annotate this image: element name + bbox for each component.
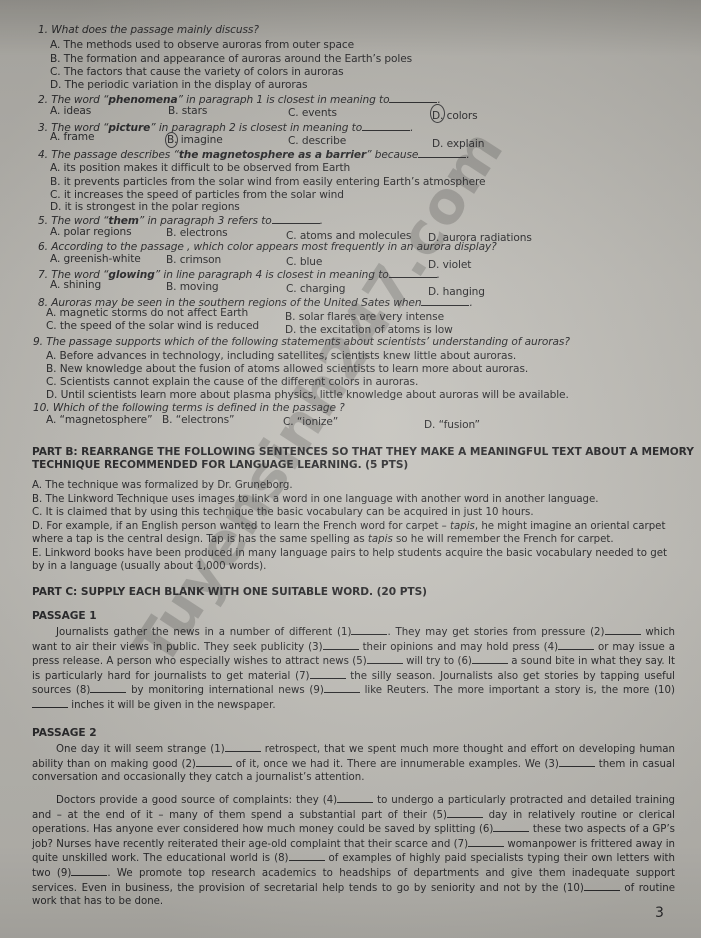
- part-c-heading: PART C: SUPPLY EACH BLANK WITH ONE SUITA…: [32, 586, 427, 598]
- part-b-heading-line1: PART B: REARRANGE THE FOLLOWING SENTENCE…: [32, 446, 694, 458]
- blank-1[interactable]: [351, 625, 387, 635]
- q4-option-a: A. its position makes it difficult to be…: [50, 162, 350, 174]
- q1-option-d: D. The periodic variation in the display…: [50, 79, 307, 91]
- blank-5[interactable]: [447, 808, 483, 818]
- q2-option-c: C. events: [288, 107, 337, 119]
- blank-10[interactable]: [584, 881, 620, 891]
- blank-7[interactable]: [468, 837, 504, 847]
- answer-mark-circle: [430, 104, 445, 123]
- passage-2-paragraph-2: Doctors provide a good source of complai…: [32, 793, 675, 909]
- passage-1-text: Journalists gather the news in a number …: [32, 625, 675, 713]
- q9-option-a: A. Before advances in technology, includ…: [46, 350, 516, 362]
- q10-option-b: B. “electrons”: [162, 414, 234, 426]
- q10-option-a: A. “magnetosphere”: [46, 414, 153, 426]
- page-number: 3: [655, 905, 664, 921]
- question-1: 1. What does the passage mainly discuss?: [38, 24, 259, 36]
- q1-option-a: A. The methods used to observe auroras f…: [50, 39, 354, 51]
- blank-9[interactable]: [71, 866, 107, 876]
- passage-1-title: PASSAGE 1: [32, 610, 97, 622]
- sentence-c: C. It is claimed that by using this tech…: [32, 507, 677, 520]
- passage-2-title: PASSAGE 2: [32, 727, 97, 739]
- q7-option-c: C. charging: [286, 283, 345, 295]
- q10-option-c: C. “ionize”: [283, 416, 338, 428]
- q7-option-b: B. moving: [166, 281, 219, 293]
- sentence-b: B. The Linkword Technique uses images to…: [32, 494, 677, 507]
- blank-10[interactable]: [32, 698, 68, 708]
- q6-option-c: C. blue: [286, 256, 322, 268]
- question-9: 9. The passage supports which of the fol…: [33, 336, 570, 348]
- q7-option-a: A. shining: [50, 279, 101, 291]
- q3-option-a: A. frame: [50, 131, 94, 143]
- blank-4[interactable]: [337, 793, 373, 803]
- blank-6[interactable]: [493, 822, 529, 832]
- q10-option-d: D. “fusion”: [424, 419, 480, 431]
- blank-5[interactable]: [367, 654, 403, 664]
- blank-9[interactable]: [324, 683, 360, 693]
- q4-option-d: D. it is strongest in the polar regions: [50, 201, 240, 213]
- sentence-d: D. For example, if an English person wan…: [32, 521, 677, 546]
- q9-option-d: D. Until scientists learn more about pla…: [46, 389, 569, 401]
- part-b-heading-line2: TECHNIQUE RECOMMENDED FOR LANGUAGE LEARN…: [32, 459, 408, 471]
- answer-mark-circle: [165, 132, 178, 148]
- question-10: 10. Which of the following terms is defi…: [33, 402, 345, 414]
- q8-option-a: A. magnetic storms do not affect Earth: [46, 307, 248, 319]
- sentence-e: E. Linkword books have been produced in …: [32, 548, 677, 573]
- q6-option-a: A. greenish-white: [50, 253, 141, 265]
- q2-option-a: A. ideas: [50, 105, 91, 117]
- q4-option-c: C. it increases the speed of particles f…: [50, 189, 344, 201]
- passage-2-paragraph-1: One day it will seem strange (1) retrosp…: [32, 742, 675, 785]
- q2-option-b: B. stars: [168, 105, 207, 117]
- q8-option-b: B. solar flares are very intense: [285, 311, 444, 323]
- q9-option-c: C. Scientists cannot explain the cause o…: [46, 376, 418, 388]
- blank-6[interactable]: [472, 654, 508, 664]
- q4-option-b: B. it prevents particles from the solar …: [50, 176, 485, 188]
- q6-option-b: B. crimson: [166, 254, 221, 266]
- blank-3[interactable]: [559, 757, 595, 767]
- blank-3[interactable]: [323, 640, 359, 650]
- blank-1[interactable]: [225, 742, 261, 752]
- blank-7[interactable]: [310, 669, 346, 679]
- q1-option-c: C. The factors that cause the variety of…: [50, 66, 344, 78]
- question-2: 2. The word “phenomena” in paragraph 1 i…: [38, 93, 441, 106]
- blank-8[interactable]: [289, 851, 325, 861]
- blank-4[interactable]: [558, 640, 594, 650]
- q3-option-c: C. describe: [288, 135, 346, 147]
- blank-8[interactable]: [90, 683, 126, 693]
- blank-2[interactable]: [196, 757, 232, 767]
- q8-option-d: D. the excitation of atoms is low: [285, 324, 453, 336]
- q5-option-b: B. electrons: [166, 227, 228, 239]
- blank-2[interactable]: [605, 625, 641, 635]
- q1-option-b: B. The formation and appearance of auror…: [50, 53, 412, 65]
- q9-option-b: B. New knowledge about the fusion of ato…: [46, 363, 528, 375]
- q5-option-a: A. polar regions: [50, 226, 132, 238]
- sentence-a: A. The technique was formalized by Dr. G…: [32, 480, 677, 493]
- question-6: 6. According to the passage , which colo…: [38, 241, 497, 253]
- exam-page: 1. What does the passage mainly discuss?…: [0, 0, 701, 938]
- question-4: 4. The passage describes “the magnetosph…: [38, 148, 470, 161]
- q8-option-c: C. the speed of the solar wind is reduce…: [46, 320, 259, 332]
